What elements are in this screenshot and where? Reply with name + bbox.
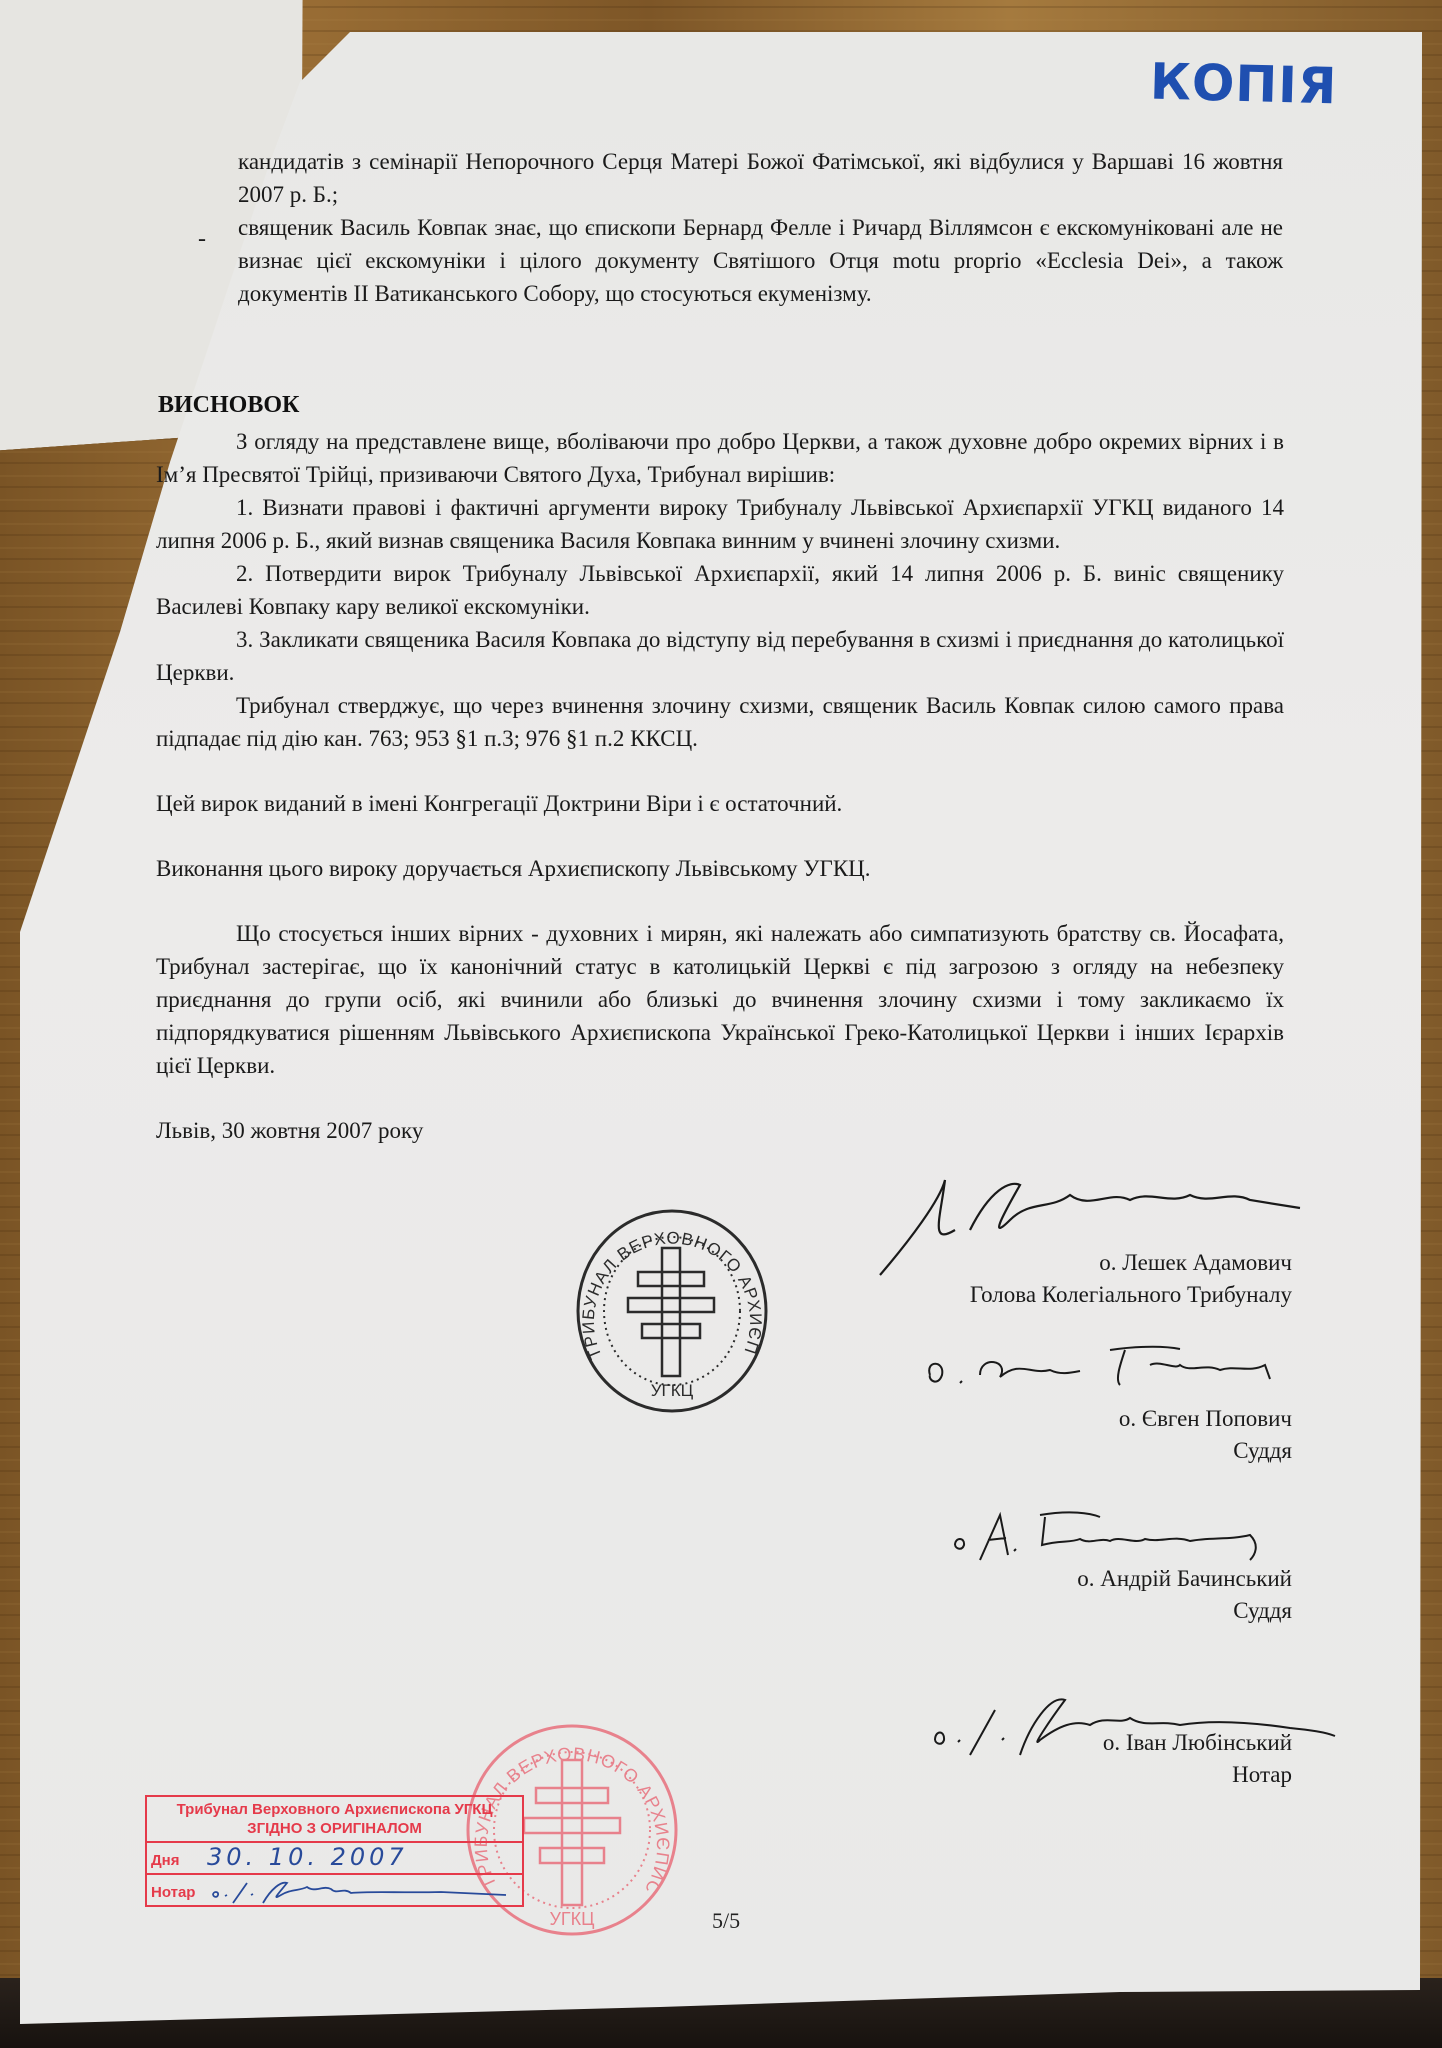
signature-bachynskyi [950,1505,1310,1565]
bullet-text: священик Василь Ковпак знає, що єпископи… [238,215,1283,306]
warning-paragraph: Що стосується інших вірних - духовних і … [156,917,1284,1082]
continued-line: кандидатів з семінарії Непорочного Серця… [238,149,1283,207]
signatory-2-name: о. Євген Попович [880,1403,1292,1435]
stamp-notary-label: Нотар [151,1884,195,1901]
page-number: 5/5 [712,1908,740,1934]
signatory-2-role: Суддя [880,1435,1292,1467]
seal-bottom-text: УГКЦ [651,1381,694,1400]
conclusion-heading: ВИСНОВОК [158,392,299,419]
stamp-date-row: Дня 30. 10. 2007 [147,1841,522,1873]
signature-popovych [920,1335,1300,1395]
tribunal-statement: Трибунал стверджує, що через вчинення зл… [156,689,1284,755]
patriarchal-cross-icon [628,1248,714,1376]
red-patriarchal-cross-icon [524,1760,620,1905]
stamp-date-label: Дня [151,1852,180,1869]
signatory-3-name: о. Андрій Бачинський [880,1563,1292,1595]
decision-item-1: 1. Визнати правові і фактичні аргументи … [156,491,1284,557]
conclusion-intro: З огляду на представлене вище, вболіваюч… [156,425,1284,491]
place-date: Львів, 30 жовтня 2007 року [156,1114,1284,1147]
stamp-notary-row: Нотар [147,1873,522,1905]
top-continued-text: кандидатів з семінарії Непорочного Серця… [238,145,1283,310]
decision-item-3: 3. Закликати священика Василя Ковпака до… [156,623,1284,689]
stamp-line-1: Трибунал Верховного Архиєпископа УГКЦ [147,1800,522,1819]
copy-stamp: КОПІЯ [1149,53,1338,116]
signatory-1-role: Голова Колегіального Трибуналу [800,1279,1292,1311]
final-note: Цей вирок виданий в імені Конгрегації До… [156,787,1284,820]
signatory-4-role: Нотар [880,1759,1292,1791]
decision-item-2: 2. Потвердити вирок Трибуналу Львівської… [156,557,1284,623]
stamp-date-value: 30. 10. 2007 [207,1843,408,1871]
signatory-3-role: Суддя [880,1595,1292,1627]
red-seal-bottom-text: УГКЦ [550,1909,595,1929]
bullet-marker: - [198,226,206,253]
notary-signature [211,1877,511,1905]
execution-note: Виконання цього вироку доручається Архиє… [156,852,1284,885]
tribunal-seal: ТРИБУНАЛ ВЕРХОВНОГО АРХИЄПИСКОПА УГКЦ [572,1206,772,1416]
certification-stamp: Трибунал Верховного Архиєпископа УГКЦ ЗГ… [145,1795,524,1907]
stamp-line-2: ЗГІДНО З ОРИГІНАЛОМ [147,1819,522,1838]
signatory-4-name: о. Іван Любінський [880,1727,1292,1759]
signatory-1-name: о. Лешек Адамович [880,1247,1292,1279]
conclusion-body: З огляду на представлене вище, вболіваюч… [156,425,1284,1147]
